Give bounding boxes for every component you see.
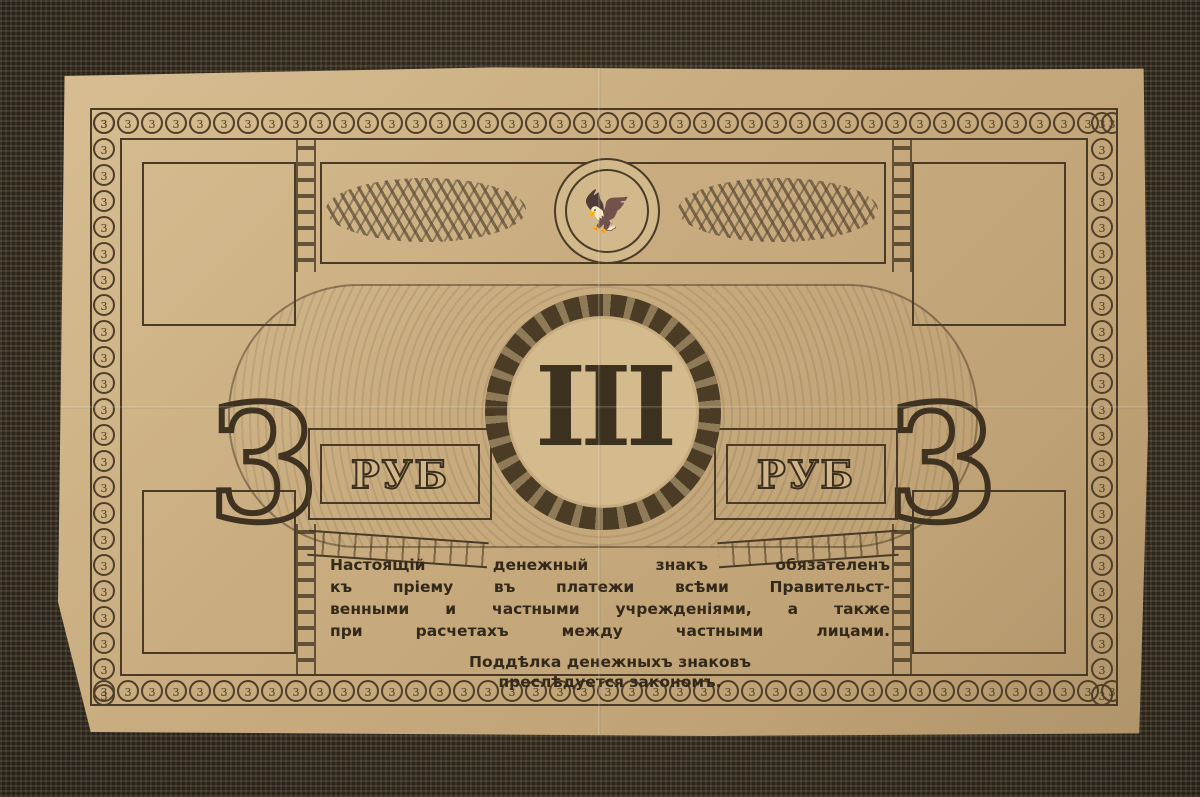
border-link: 3 bbox=[309, 680, 331, 702]
border-link: 3 bbox=[93, 346, 115, 368]
border-link: 3 bbox=[141, 112, 163, 134]
currency-panel-right: РУБ bbox=[714, 428, 898, 520]
border-link: 3 bbox=[381, 112, 403, 134]
acanthus-ornament-top-left bbox=[142, 162, 296, 326]
border-link: 3 bbox=[1091, 684, 1113, 704]
border-link: 3 bbox=[909, 680, 931, 702]
border-link: 3 bbox=[261, 112, 283, 134]
border-link: 3 bbox=[93, 294, 115, 316]
fold-crease-horizontal bbox=[58, 406, 1148, 409]
border-link: 3 bbox=[1029, 112, 1051, 134]
border-link: 3 bbox=[93, 138, 115, 160]
border-link: 3 bbox=[573, 112, 595, 134]
border-link: 3 bbox=[93, 398, 115, 420]
warning-line: Поддѣлка денежныхъ знаковъ bbox=[330, 652, 890, 672]
text-line: при расчетахъ между частными лицами. bbox=[330, 620, 890, 642]
border-link: 3 bbox=[1091, 554, 1113, 576]
vine-ornament-left bbox=[296, 140, 316, 272]
border-link: 3 bbox=[117, 680, 139, 702]
border-link: 3 bbox=[93, 372, 115, 394]
border-link: 3 bbox=[1029, 680, 1051, 702]
border-link: 3 bbox=[765, 112, 787, 134]
border-link: 3 bbox=[1091, 450, 1113, 472]
border-link: 3 bbox=[981, 112, 1003, 134]
border-link: 3 bbox=[93, 684, 115, 704]
border-link: 3 bbox=[1091, 502, 1113, 524]
border-link: 3 bbox=[93, 450, 115, 472]
border-link: 3 bbox=[885, 112, 907, 134]
fold-crease-vertical bbox=[598, 66, 601, 736]
border-link: 3 bbox=[645, 112, 667, 134]
border-link: 3 bbox=[1091, 320, 1113, 342]
border-link: 3 bbox=[1091, 190, 1113, 212]
border-link: 3 bbox=[165, 680, 187, 702]
border-link: 3 bbox=[93, 632, 115, 654]
border-link: 3 bbox=[1091, 268, 1113, 290]
border-link: 3 bbox=[1091, 528, 1113, 550]
border-link: 3 bbox=[741, 112, 763, 134]
border-link: 3 bbox=[429, 112, 451, 134]
border-link: 3 bbox=[1091, 476, 1113, 498]
border-link: 3 bbox=[501, 112, 523, 134]
border-link: 3 bbox=[93, 528, 115, 550]
border-link: 3 bbox=[1091, 138, 1113, 160]
legal-text: Настоящій денежный знакъ обязателенъ къ … bbox=[330, 554, 890, 692]
border-link: 3 bbox=[837, 112, 859, 134]
border-link: 3 bbox=[693, 112, 715, 134]
border-link: 3 bbox=[1091, 632, 1113, 654]
leaf-spray-right bbox=[678, 178, 878, 242]
border-link: 3 bbox=[1091, 424, 1113, 446]
border-link: 3 bbox=[93, 502, 115, 524]
border-link: 3 bbox=[525, 112, 547, 134]
border-link: 3 bbox=[861, 112, 883, 134]
border-link: 3 bbox=[1091, 580, 1113, 602]
border-link: 3 bbox=[1091, 606, 1113, 628]
border-link: 3 bbox=[1005, 112, 1027, 134]
border-link: 3 bbox=[957, 680, 979, 702]
border-link: 3 bbox=[933, 112, 955, 134]
border-chain-top: 3333333333333333333333333333333333333333… bbox=[92, 110, 1116, 136]
text-line: Настоящій денежный знакъ обязателенъ bbox=[330, 554, 890, 576]
border-link: 3 bbox=[93, 320, 115, 342]
border-link: 3 bbox=[93, 606, 115, 628]
border-link: 3 bbox=[357, 112, 379, 134]
border-link: 3 bbox=[189, 112, 211, 134]
currency-label-left: РУБ bbox=[351, 452, 449, 497]
border-link: 3 bbox=[669, 112, 691, 134]
border-link: 3 bbox=[93, 554, 115, 576]
border-link: 3 bbox=[165, 112, 187, 134]
border-link: 3 bbox=[261, 680, 283, 702]
border-link: 3 bbox=[909, 112, 931, 134]
laurel-wreath: III bbox=[485, 294, 721, 530]
border-link: 3 bbox=[237, 680, 259, 702]
text-line: венными и частными учрежденіями, а также bbox=[330, 598, 890, 620]
border-link: 3 bbox=[1053, 680, 1075, 702]
border-link: 3 bbox=[93, 190, 115, 212]
border-link: 3 bbox=[1005, 680, 1027, 702]
border-link: 3 bbox=[117, 112, 139, 134]
legal-tender-statement: Настоящій денежный знакъ обязателенъ къ … bbox=[330, 554, 890, 642]
border-link: 3 bbox=[813, 112, 835, 134]
border-link: 3 bbox=[477, 112, 499, 134]
border-link: 3 bbox=[285, 680, 307, 702]
border-link: 3 bbox=[237, 112, 259, 134]
border-link: 3 bbox=[453, 112, 475, 134]
border-link: 3 bbox=[549, 112, 571, 134]
border-link: 3 bbox=[1053, 112, 1075, 134]
border-link: 3 bbox=[1091, 398, 1113, 420]
border-link: 3 bbox=[1091, 242, 1113, 264]
border-link: 3 bbox=[1091, 112, 1113, 134]
warning-line: преслѣдуется закономъ. bbox=[330, 672, 890, 692]
border-link: 3 bbox=[717, 112, 739, 134]
text-line: къ пріему въ платежи всѣми Правительст- bbox=[330, 576, 890, 598]
border-link: 3 bbox=[93, 424, 115, 446]
border-link: 3 bbox=[93, 242, 115, 264]
border-link: 3 bbox=[93, 216, 115, 238]
border-link: 3 bbox=[1091, 346, 1113, 368]
acanthus-ornament-top-right bbox=[912, 162, 1066, 326]
border-link: 3 bbox=[1091, 216, 1113, 238]
border-link: 3 bbox=[957, 112, 979, 134]
currency-panel-left: РУБ bbox=[308, 428, 492, 520]
border-link: 3 bbox=[309, 112, 331, 134]
leaf-spray-left bbox=[326, 178, 526, 242]
border-link: 3 bbox=[333, 112, 355, 134]
border-link: 3 bbox=[789, 112, 811, 134]
border-link: 3 bbox=[93, 112, 115, 134]
banknote: 3333333333333333333333333333333333333333… bbox=[58, 66, 1148, 736]
border-link: 3 bbox=[1091, 372, 1113, 394]
border-link: 3 bbox=[1091, 164, 1113, 186]
border-link: 3 bbox=[285, 112, 307, 134]
border-link: 3 bbox=[1091, 294, 1113, 316]
double-headed-eagle-icon: 🦅 bbox=[565, 169, 649, 253]
border-link: 3 bbox=[621, 112, 643, 134]
border-link: 3 bbox=[93, 268, 115, 290]
border-link: 3 bbox=[213, 112, 235, 134]
border-link: 3 bbox=[93, 658, 115, 680]
border-link: 3 bbox=[141, 680, 163, 702]
border-link: 3 bbox=[93, 580, 115, 602]
border-link: 3 bbox=[405, 112, 427, 134]
border-link: 3 bbox=[189, 680, 211, 702]
border-link: 3 bbox=[93, 476, 115, 498]
border-link: 3 bbox=[1091, 658, 1113, 680]
vine-ornament-right bbox=[892, 140, 912, 272]
border-link: 3 bbox=[933, 680, 955, 702]
currency-label-right: РУБ bbox=[757, 452, 855, 497]
border-link: 3 bbox=[981, 680, 1003, 702]
counterfeit-warning: Поддѣлка денежныхъ знаковъ преслѣдуется … bbox=[330, 652, 890, 692]
emblem-medallion: 🦅 bbox=[554, 158, 660, 264]
border-link: 3 bbox=[93, 164, 115, 186]
border-link: 3 bbox=[213, 680, 235, 702]
